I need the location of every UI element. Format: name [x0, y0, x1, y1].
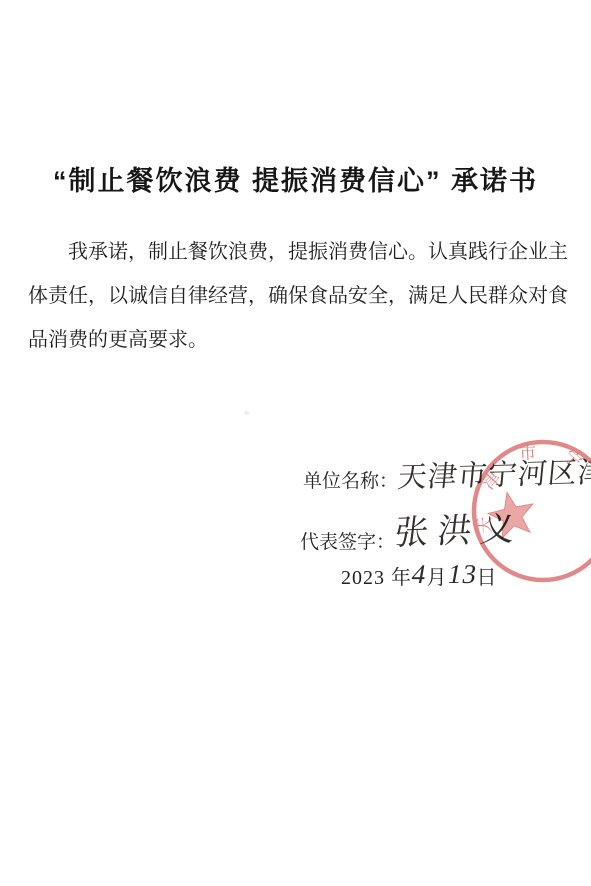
- scanned-commitment-letter-page: “制止餐饮浪费 提振消费信心” 承诺书 我承诺，制止餐饮浪费，提振消费信心。认真…: [0, 0, 591, 886]
- commitment-paragraph: 我承诺，制止餐饮浪费，提振消费信心。认真践行企业主体责任，以诚信自律经营，确保食…: [28, 230, 568, 362]
- document-title: “制止餐饮浪费 提振消费信心” 承诺书: [0, 159, 591, 198]
- representative-label: 代表签字：: [300, 532, 395, 553]
- unit-name-label: 单位名称：: [303, 471, 398, 492]
- date-year-unit: 年: [385, 567, 412, 589]
- date-month-unit: 月: [427, 567, 448, 589]
- company-seal-stamp: 天津市宁河区: [467, 435, 591, 587]
- scan-speck: [244, 411, 249, 415]
- date-year: 2023: [341, 567, 385, 589]
- seal-ring-text: 天津市宁河区: [467, 435, 591, 534]
